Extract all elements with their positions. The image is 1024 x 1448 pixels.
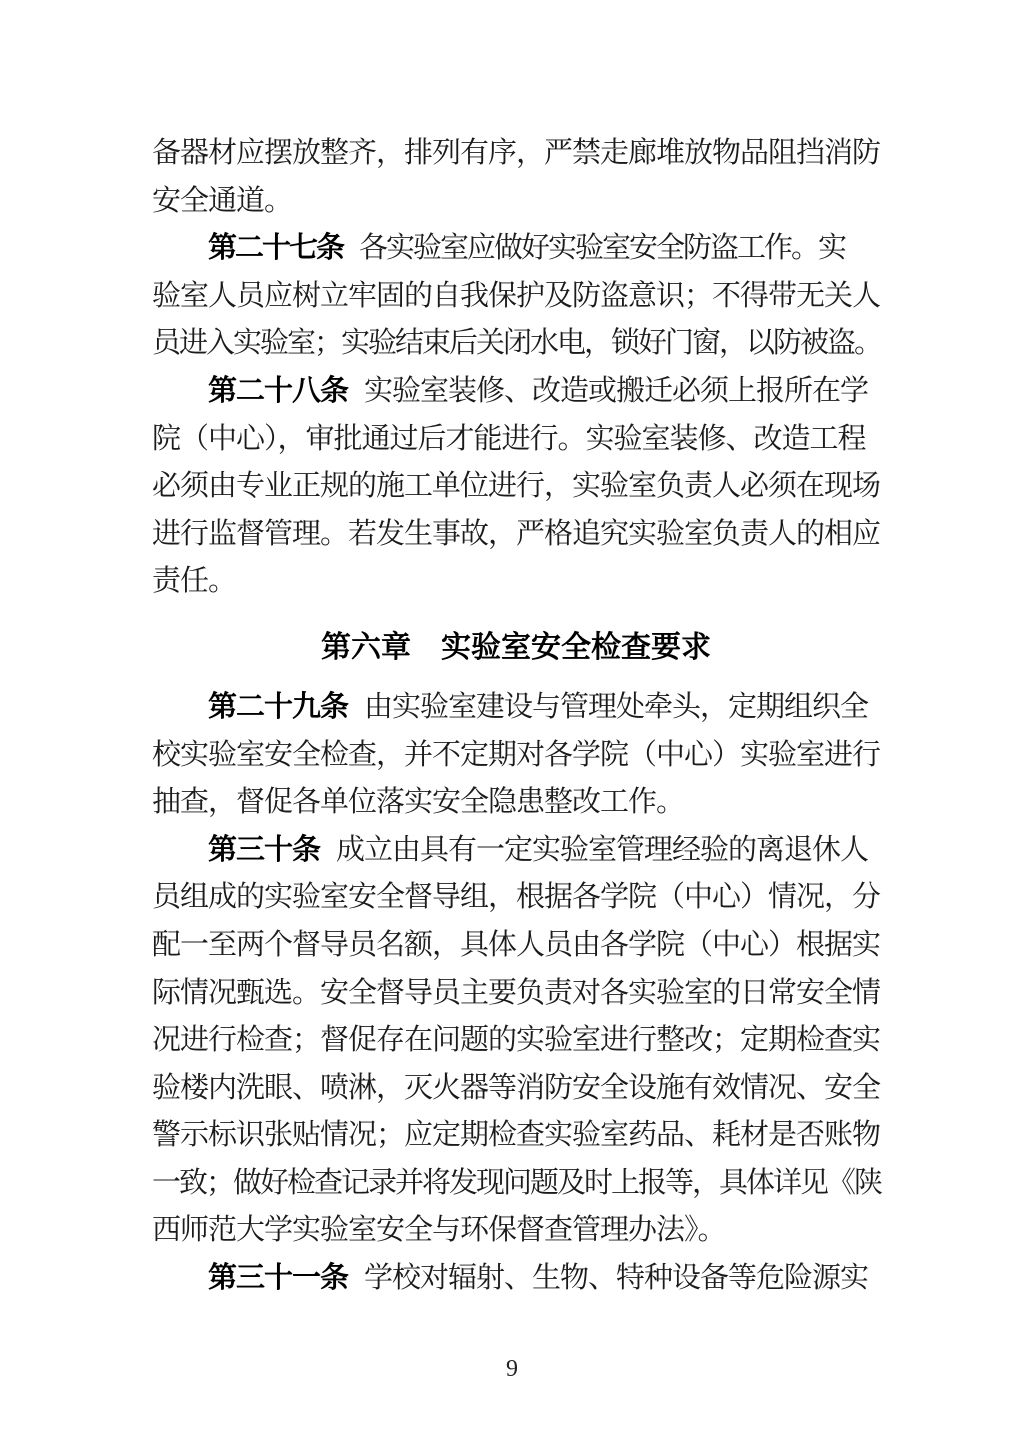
body-line: 况进行检查；督促存在问题的实验室进行整改；定期检查实 — [152, 1017, 880, 1065]
body-line: 责任。 — [152, 558, 880, 606]
body-line: 西师范大学实验室安全与环保督查管理办法》。 — [152, 1207, 880, 1255]
article-number: 第二十九条 — [208, 691, 348, 723]
body-line: 备器材应摆放整齐，排列有序，严禁走廊堆放物品阻挡消防 — [152, 130, 880, 178]
body-line: 院（中心），审批通过后才能进行。实验室装修、改造工程 — [152, 416, 880, 464]
body-line: 第二十七条各实验室应做好实验室安全防盗工作。实 — [152, 225, 880, 273]
body-line: 一致；做好检查记录并将发现问题及时上报等，具体详见《陕 — [152, 1160, 880, 1208]
body-line: 校实验室安全检查，并不定期对各学院（中心）实验室进行 — [152, 732, 880, 780]
body-line: 第二十八条实验室装修、改造或搬迁必须上报所在学 — [152, 368, 880, 416]
body-line: 第三十条成立由具有一定实验室管理经验的离退休人 — [152, 827, 880, 875]
article-number: 第三十一条 — [208, 1262, 348, 1294]
body-line: 抽查，督促各单位落实安全隐患整改工作。 — [152, 779, 880, 827]
article-text: 实验室装修、改造或搬迁必须上报所在学 — [364, 375, 868, 407]
body-line: 员进入实验室；实验结束后关闭水电，锁好门窗，以防被盗。 — [152, 320, 880, 368]
body-line: 员组成的实验室安全督导组，根据各学院（中心）情况，分 — [152, 874, 880, 922]
body-line: 第二十九条由实验室建设与管理处牵头，定期组织全 — [152, 684, 880, 732]
body-line: 际情况甄选。安全督导员主要负责对各实验室的日常安全情 — [152, 970, 880, 1018]
text-block: 备器材应摆放整齐，排列有序，严禁走廊堆放物品阻挡消防 安全通道。 第二十七条各实… — [152, 130, 880, 1303]
body-line: 验楼内洗眼、喷淋，灭火器等消防安全设施有效情况、安全 — [152, 1065, 880, 1113]
body-line: 第三十一条学校对辐射、生物、特种设备等危险源实 — [152, 1255, 880, 1303]
body-line: 必须由专业正规的施工单位进行，实验室负责人必须在现场 — [152, 463, 880, 511]
chapter-heading: 第六章 实验室安全检查要求 — [152, 624, 880, 672]
article-text: 成立由具有一定实验室管理经验的离退休人 — [336, 834, 868, 866]
article-number: 第二十七条 — [208, 232, 343, 264]
body-line: 警示标识张贴情况；应定期检查实验室药品、耗材是否账物 — [152, 1112, 880, 1160]
body-line: 配一至两个督导员名额，具体人员由各学院（中心）根据实 — [152, 922, 880, 970]
article-text: 学校对辐射、生物、特种设备等危险源实 — [364, 1262, 868, 1294]
article-text: 各实验室应做好实验室安全防盗工作。实 — [359, 232, 845, 264]
article-text: 由实验室建设与管理处牵头，定期组织全 — [364, 691, 868, 723]
article-number: 第三十条 — [208, 834, 320, 866]
body-line: 验室人员应树立牢固的自我保护及防盗意识；不得带无关人 — [152, 273, 880, 321]
body-line: 安全通道。 — [152, 178, 880, 226]
document-page: 备器材应摆放整齐，排列有序，严禁走廊堆放物品阻挡消防 安全通道。 第二十七条各实… — [0, 0, 1024, 1448]
page-number: 9 — [0, 1356, 1024, 1383]
body-line: 进行监督管理。若发生事故，严格追究实验室负责人的相应 — [152, 511, 880, 559]
article-number: 第二十八条 — [208, 375, 348, 407]
